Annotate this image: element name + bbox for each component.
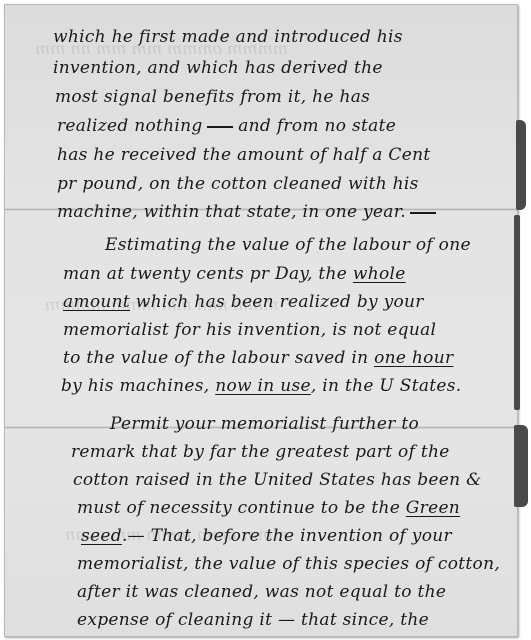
manuscript-line: has he received the amount of half a Cen…: [57, 145, 430, 165]
manuscript-line: memorialist for his invention, is not eq…: [63, 320, 436, 340]
underlined-text: Green: [406, 498, 460, 518]
manuscript-line: Estimating the value of the labour of on…: [105, 235, 471, 255]
line-text: by his machines,: [61, 376, 215, 396]
manuscript-line: Permit your memorialist further to: [110, 414, 419, 434]
line-text: , in the U States.: [311, 376, 462, 396]
line-text: must of necessity continue to be the: [77, 498, 406, 518]
line-text: which has been realized by your: [130, 292, 424, 312]
manuscript-line: to the value of the labour saved in one …: [63, 348, 453, 368]
underlined-text: whole: [353, 264, 406, 284]
underlined-text: amount: [63, 292, 130, 312]
manuscript-line: remark that by far the greatest part of …: [71, 442, 450, 462]
manuscript-line: man at twenty cents pr Day, the whole: [63, 264, 406, 284]
line-text: .— That, before the invention of your: [122, 526, 452, 546]
manuscript-page: mmmm ommm mm mm nn mm mmm nnn mm mmm mmm…: [4, 4, 518, 637]
manuscript-line: must of necessity continue to be the Gre…: [77, 498, 460, 518]
manuscript-line: invention, and which has derived the: [53, 58, 383, 78]
dash: [207, 126, 233, 128]
manuscript-line: by his machines, now in use, in the U St…: [61, 376, 462, 396]
manuscript-line: memorialist, the value of this species o…: [77, 554, 500, 574]
manuscript-line: amount which has been realized by your: [63, 292, 424, 312]
binding-ribbon: [514, 425, 528, 507]
manuscript-line: which he first made and introduced his: [53, 27, 403, 47]
manuscript-line: expense of cleaning it — that since, the: [77, 610, 429, 630]
underlined-text: one hour: [374, 348, 453, 368]
line-text: man at twenty cents pr Day, the: [63, 264, 353, 284]
manuscript-line: cotton raised in the United States has b…: [73, 470, 482, 490]
line-text: and from no state: [238, 116, 396, 136]
binding-ribbon: [516, 120, 526, 210]
line-text: to the value of the labour saved in: [63, 348, 374, 368]
manuscript-line: after it was cleaned, was not equal to t…: [77, 582, 446, 602]
manuscript-line: realized nothing and from no state: [57, 116, 396, 136]
manuscript-line: most signal benefits from it, he has: [55, 87, 370, 107]
manuscript-line: seed.— That, before the invention of you…: [81, 526, 452, 546]
underlined-text: now in use: [215, 376, 311, 396]
line-text: machine, within that state, in one year.: [57, 202, 406, 222]
line-text: realized nothing: [57, 116, 203, 136]
binding-ribbon: [514, 215, 520, 410]
manuscript-line: pr pound, on the cotton cleaned with his: [57, 174, 419, 194]
dash: [410, 212, 436, 214]
underlined-text: seed: [81, 526, 122, 546]
manuscript-line: machine, within that state, in one year.: [57, 202, 436, 222]
